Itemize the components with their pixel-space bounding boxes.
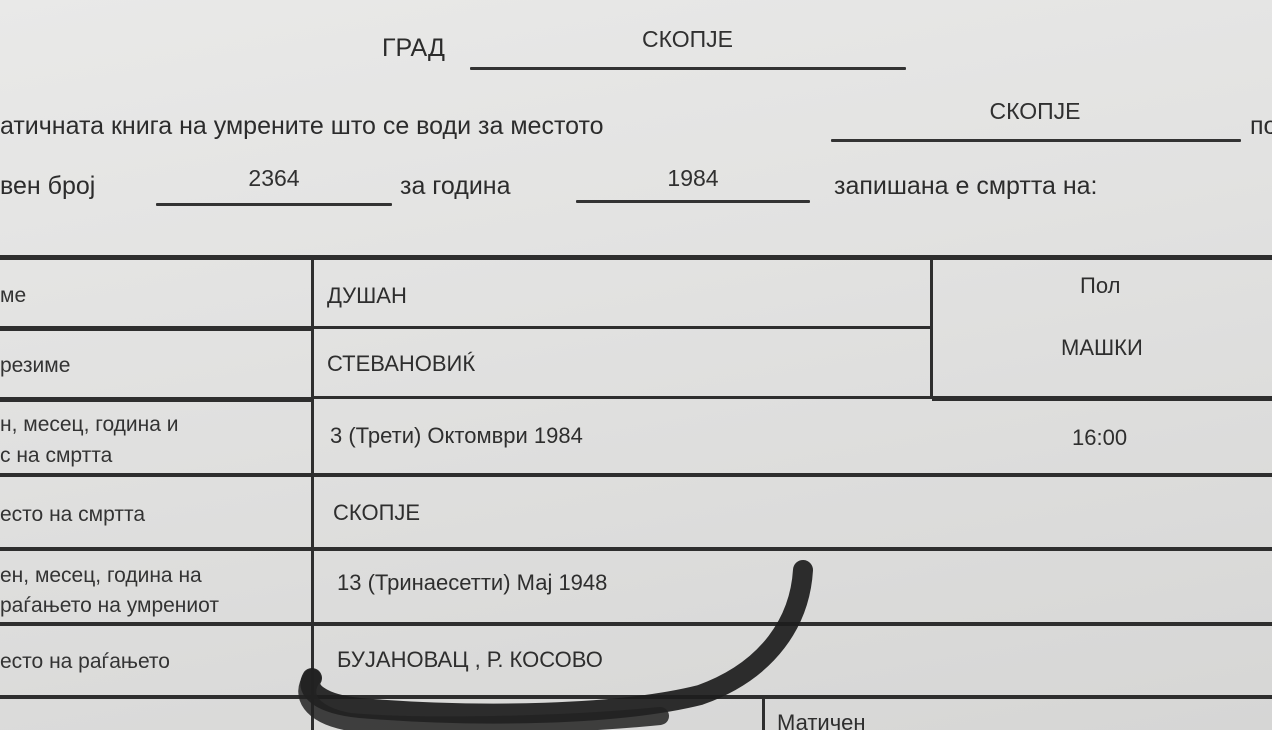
birth-date-label-line2: раѓањето на умрениот (0, 592, 219, 620)
number-label: вен број (0, 172, 95, 201)
surname-label: резиме (0, 352, 70, 380)
registry-number-label: Матичен (777, 710, 866, 730)
sex-value: МАШКИ (1061, 335, 1143, 361)
city-value: СКОПЈЕ (470, 26, 905, 53)
birth-date-value: 13 (Тринаесетти) Мај 1948 (337, 570, 607, 596)
registry-text: атичната книга на умрените што се води з… (0, 112, 604, 141)
death-datetime-label-line1: н, месец, година и (0, 411, 179, 439)
registry-place-value: СКОПЈЕ (830, 98, 1240, 125)
registry-trailing-text: по (1250, 112, 1272, 141)
death-time-value: 16:00 (1072, 425, 1127, 451)
year-value: 1984 (576, 165, 810, 192)
surname-value: СТЕВАНОВИЌ (327, 351, 475, 377)
sex-label: Пол (1080, 273, 1120, 299)
death-date-value: 3 (Трети) Октомври 1984 (330, 423, 583, 449)
year-underline (576, 200, 810, 203)
recorded-text: запишана е смртта на: (834, 172, 1098, 201)
number-value: 2364 (156, 165, 392, 192)
death-place-label: есто на смртта (0, 501, 145, 529)
birth-place-label: есто на раѓањето (0, 648, 170, 676)
year-label: за година (400, 172, 511, 201)
first-name-label: ме (0, 282, 26, 310)
birth-place-value: БУЈАНОВАЦ , Р. КОСОВО (337, 647, 603, 673)
death-datetime-label-line2: с на смртта (0, 442, 112, 470)
city-underline (470, 67, 906, 70)
city-label: ГРАД (382, 34, 445, 63)
birth-date-label-line1: ен, месец, година на (0, 562, 202, 590)
number-underline (156, 203, 392, 206)
registry-place-underline (831, 139, 1241, 142)
first-name-value: ДУШАН (327, 283, 407, 309)
death-place-value: СКОПЈЕ (333, 500, 420, 526)
